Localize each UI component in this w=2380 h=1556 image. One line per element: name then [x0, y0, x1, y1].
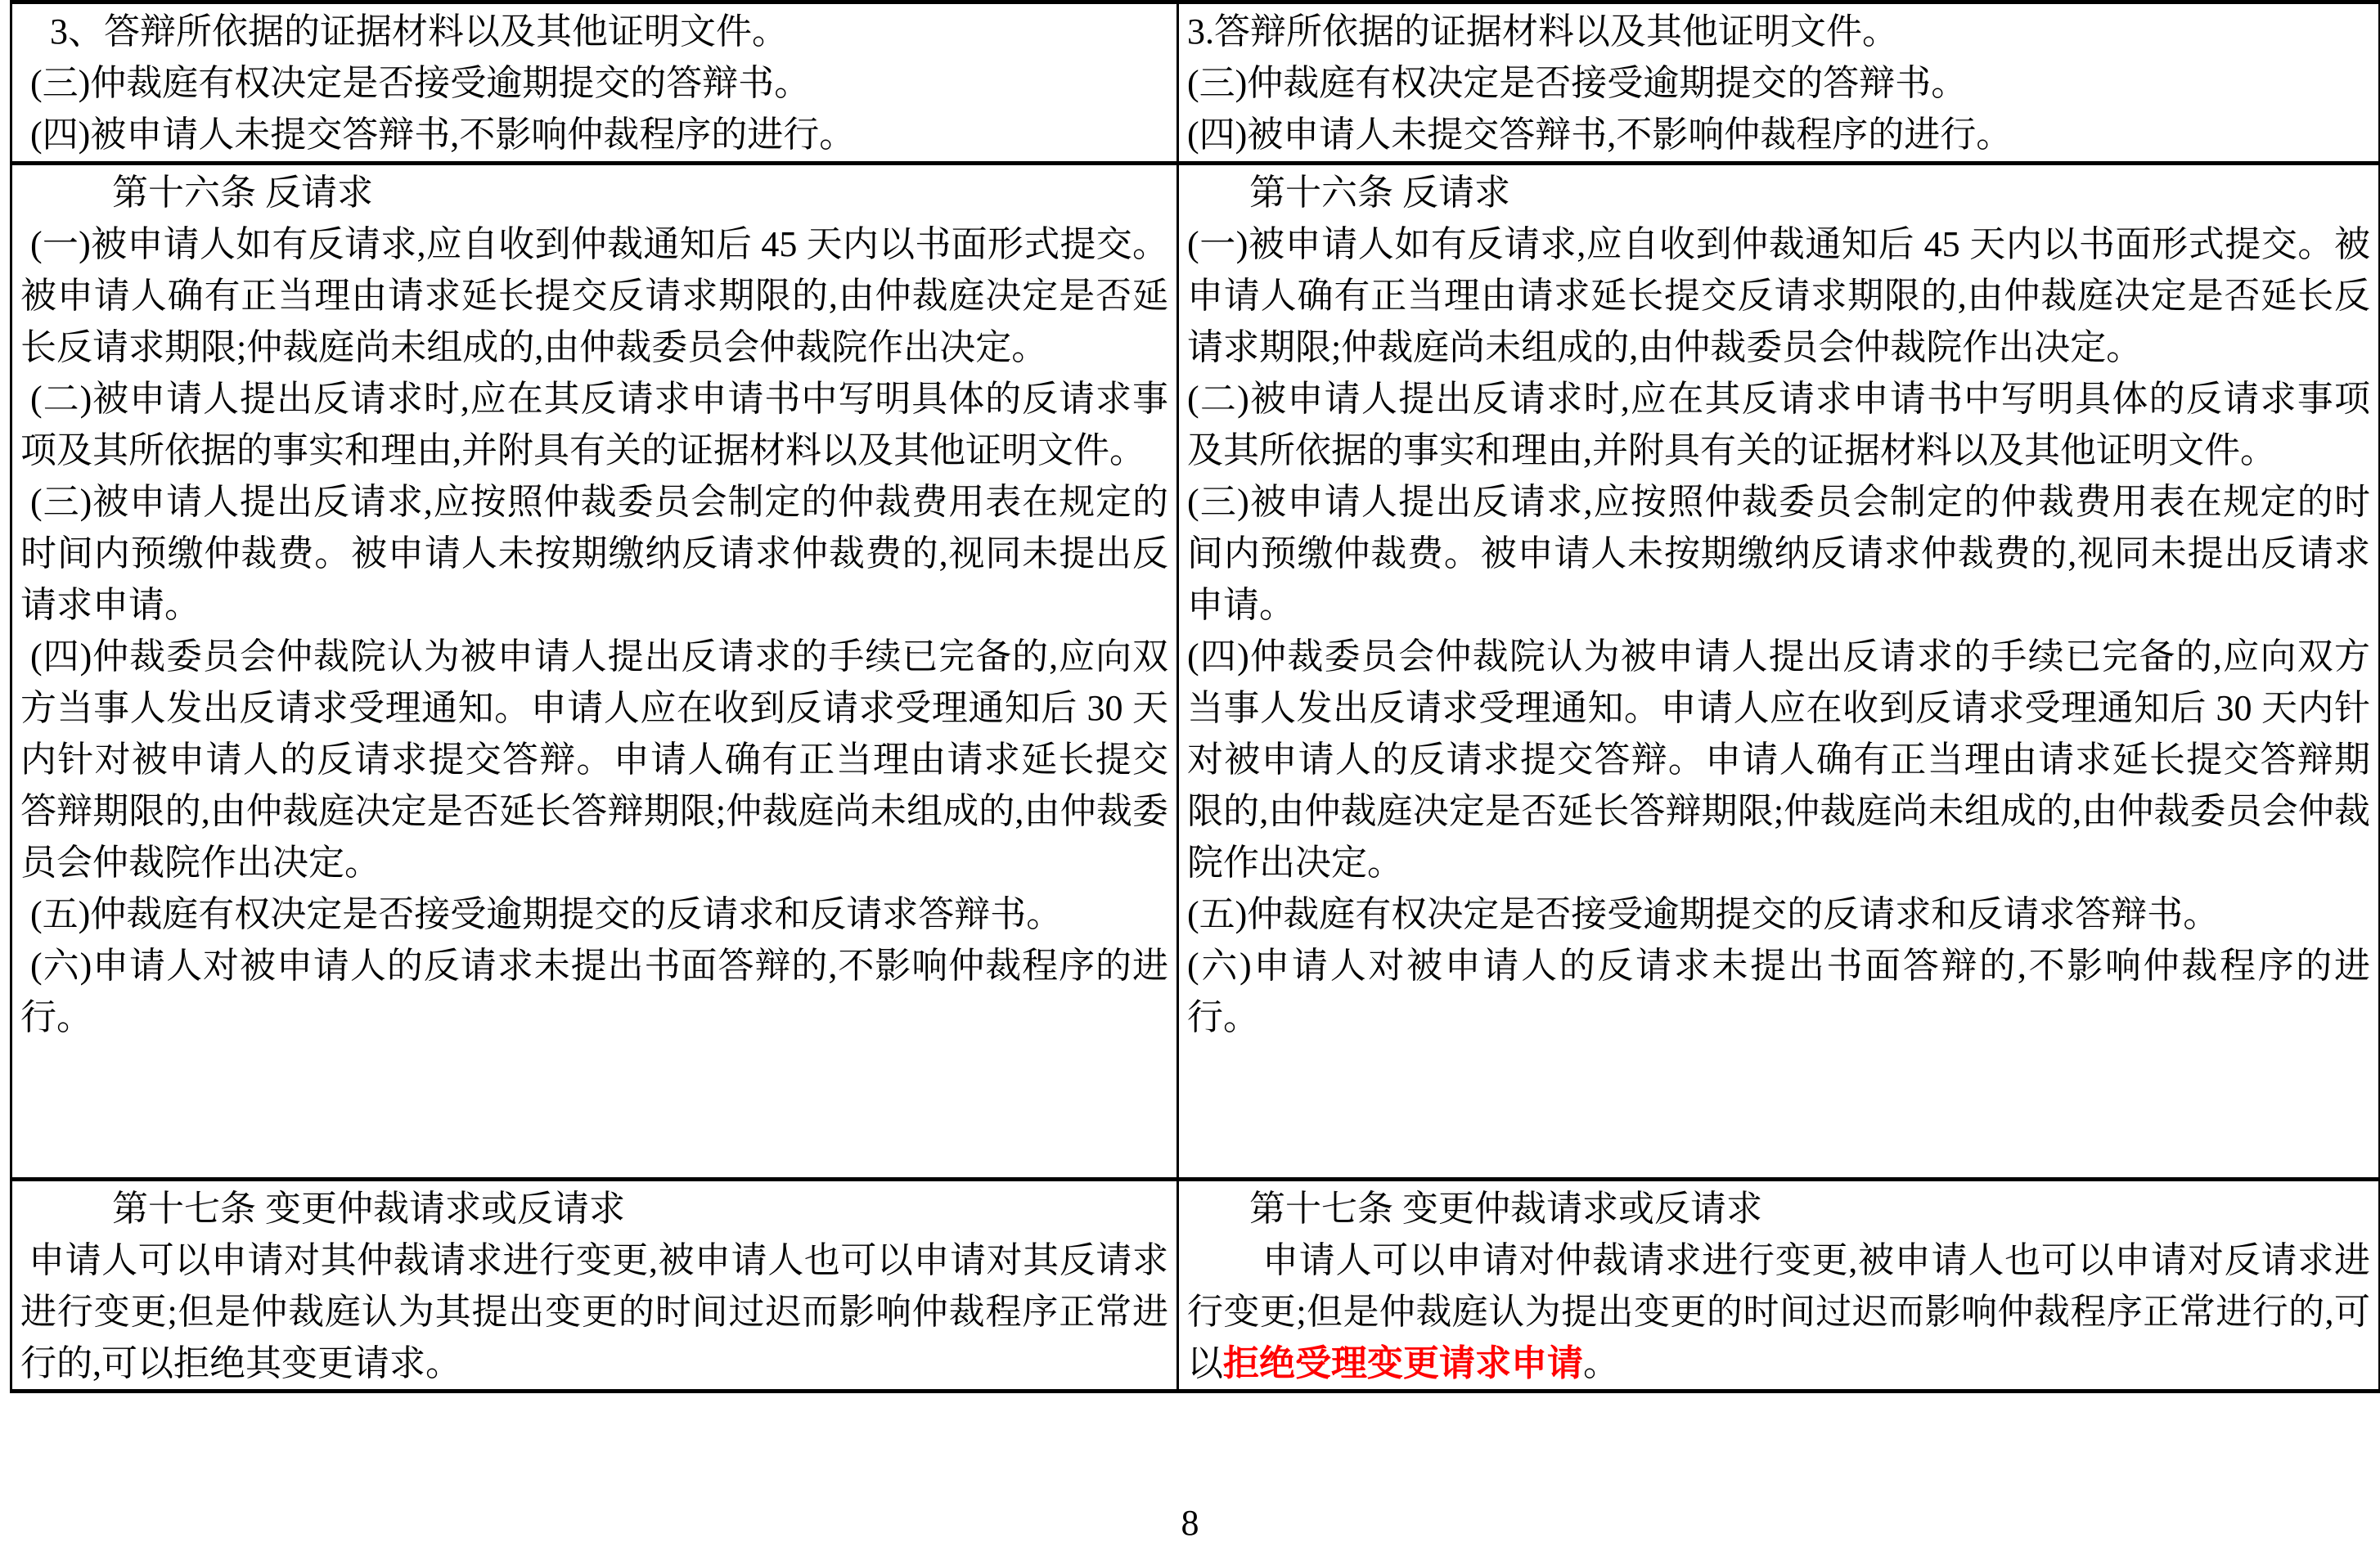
row1-left-line1: 3、答辩所依据的证据材料以及其他证明文件。 — [20, 6, 1168, 57]
row1-left-line3: (四)被申请人未提交答辩书,不影响仲裁程序的进行。 — [20, 109, 1168, 160]
article-16-right-item-4: (四)仲裁委员会仲裁院认为被申请人提出反请求的手续已完备的,应向双方当事人发出反… — [1187, 631, 2370, 888]
article-17-right-body-suffix: 。 — [1583, 1343, 1619, 1383]
table-row: 第十六条 反请求 (一)被申请人如有反请求,应自收到仲裁通知后 45 天内以书面… — [11, 164, 2380, 1180]
table-row: 第十七条 变更仲裁请求或反请求 申请人可以申请对其仲裁请求进行变更,被申请人也可… — [11, 1180, 2380, 1392]
article-16-right-item-1: (一)被申请人如有反请求,应自收到仲裁通知后 45 天内以书面形式提交。被申请人… — [1187, 218, 2370, 373]
article-16-left-item-3: (三)被申请人提出反请求,应按照仲裁委员会制定的仲裁费用表在规定的时间内预缴仲裁… — [20, 476, 1168, 631]
document-page: 3、答辩所依据的证据材料以及其他证明文件。 (三)仲裁庭有权决定是否接受逾期提交… — [0, 0, 2380, 1556]
row1-left-cell: 3、答辩所依据的证据材料以及其他证明文件。 (三)仲裁庭有权决定是否接受逾期提交… — [11, 2, 1178, 164]
row1-right-line2: (三)仲裁庭有权决定是否接受逾期提交的答辩书。 — [1187, 57, 2370, 109]
article-17-right-body-highlight: 拒绝受理变更请求申请 — [1223, 1343, 1583, 1383]
article-16-left-item-4: (四)仲裁委员会仲裁院认为被申请人提出反请求的手续已完备的,应向双方当事人发出反… — [20, 631, 1168, 888]
article-16-heading-left: 第十六条 反请求 — [20, 167, 1168, 218]
article-16-right-item-5: (五)仲裁庭有权决定是否接受逾期提交的反请求和反请求答辩书。 — [1187, 888, 2370, 940]
row2-right-cell: 第十六条 反请求 (一)被申请人如有反请求,应自收到仲裁通知后 45 天内以书面… — [1178, 164, 2380, 1180]
row1-right-line3: (四)被申请人未提交答辩书,不影响仲裁程序的进行。 — [1187, 109, 2370, 160]
article-16-left-item-6: (六)申请人对被申请人的反请求未提出书面答辩的,不影响仲裁程序的进行。 — [20, 940, 1168, 1043]
row2-left-cell: 第十六条 反请求 (一)被申请人如有反请求,应自收到仲裁通知后 45 天内以书面… — [11, 164, 1178, 1180]
article-16-left-item-5: (五)仲裁庭有权决定是否接受逾期提交的反请求和反请求答辩书。 — [20, 888, 1168, 940]
article-16-right-item-3: (三)被申请人提出反请求,应按照仲裁委员会制定的仲裁费用表在规定的时间内预缴仲裁… — [1187, 476, 2370, 631]
article-17-heading-left: 第十七条 变更仲裁请求或反请求 — [20, 1183, 1168, 1234]
row3-left-cell: 第十七条 变更仲裁请求或反请求 申请人可以申请对其仲裁请求进行变更,被申请人也可… — [11, 1180, 1178, 1392]
row1-right-line1: 3.答辩所依据的证据材料以及其他证明文件。 — [1187, 6, 2370, 57]
article-16-right-item-6: (六)申请人对被申请人的反请求未提出书面答辩的,不影响仲裁程序的进行。 — [1187, 940, 2370, 1043]
article-16-left-item-1: (一)被申请人如有反请求,应自收到仲裁通知后 45 天内以书面形式提交。被申请人… — [20, 218, 1168, 373]
article-17-right-body: 申请人可以申请对仲裁请求进行变更,被申请人也可以申请对反请求进行变更;但是仲裁庭… — [1187, 1234, 2370, 1389]
row1-right-cell: 3.答辩所依据的证据材料以及其他证明文件。 (三)仲裁庭有权决定是否接受逾期提交… — [1178, 2, 2380, 164]
article-16-right-item-2: (二)被申请人提出反请求时,应在其反请求申请书中写明具体的反请求事项及其所依据的… — [1187, 373, 2370, 476]
table-row: 3、答辩所依据的证据材料以及其他证明文件。 (三)仲裁庭有权决定是否接受逾期提交… — [11, 2, 2380, 164]
article-17-left-body: 申请人可以申请对其仲裁请求进行变更,被申请人也可以申请对其反请求进行变更;但是仲… — [20, 1234, 1168, 1389]
row1-left-line2: (三)仲裁庭有权决定是否接受逾期提交的答辩书。 — [20, 57, 1168, 109]
row3-right-cell: 第十七条 变更仲裁请求或反请求 申请人可以申请对仲裁请求进行变更,被申请人也可以… — [1178, 1180, 2380, 1392]
article-17-heading-right: 第十七条 变更仲裁请求或反请求 — [1187, 1183, 2370, 1234]
comparison-table: 3、答辩所依据的证据材料以及其他证明文件。 (三)仲裁庭有权决定是否接受逾期提交… — [10, 0, 2380, 1393]
page-number: 8 — [0, 1497, 2380, 1549]
article-16-heading-right: 第十六条 反请求 — [1187, 167, 2370, 218]
article-16-left-item-2: (二)被申请人提出反请求时,应在其反请求申请书中写明具体的反请求事项及其所依据的… — [20, 373, 1168, 476]
